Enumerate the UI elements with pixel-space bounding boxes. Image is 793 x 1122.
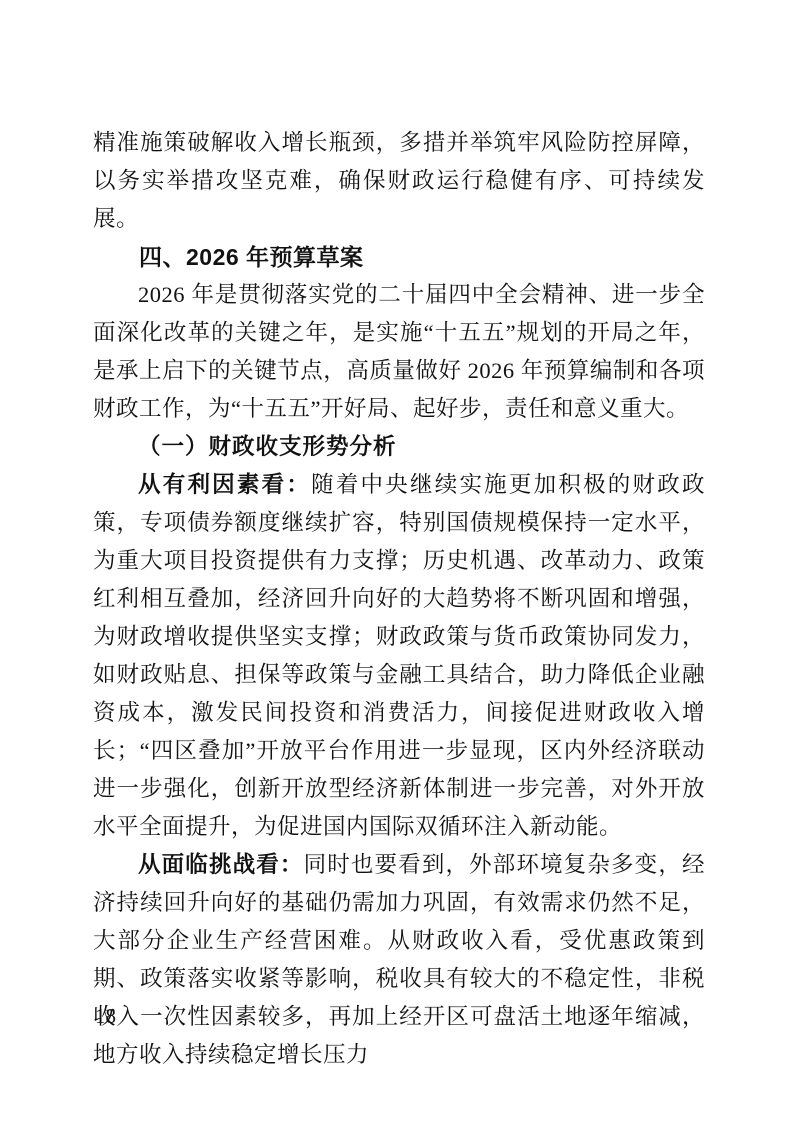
- section-heading: 四、2026 年预算草案: [93, 238, 705, 276]
- paragraph-favorable: 从有利因素看：随着中央继续实施更加积极的财政政策，专项债券额度继续扩容，特别国债…: [93, 466, 705, 846]
- document-body: 精准施策破解收入增长瓶颈，多措并举筑牢风险防控屏障，以务实举措攻坚克难，确保财政…: [93, 124, 705, 1074]
- paragraph-favorable-lead: 从有利因素看：: [138, 472, 311, 497]
- subsection-heading: （一）财政收支形势分析: [93, 428, 705, 466]
- paragraph-continuation: 精准施策破解收入增长瓶颈，多措并举筑牢风险防控屏障，以务实举措攻坚克难，确保财政…: [93, 124, 705, 238]
- paragraph-challenge-text: 同时也要看到，外部环境复杂多变，经济持续回升向好的基础仍需加力巩固，有效需求仍然…: [93, 852, 705, 1067]
- paragraph-challenge: 从面临挑战看：同时也要看到，外部环境复杂多变，经济持续回升向好的基础仍需加力巩固…: [93, 846, 705, 1074]
- page-number: 18: [95, 1004, 116, 1029]
- paragraph-challenge-lead: 从面临挑战看：: [138, 852, 304, 877]
- paragraph-favorable-text: 随着中央继续实施更加积极的财政政策，专项债券额度继续扩容，特别国债规模保持一定水…: [93, 472, 705, 839]
- paragraph-intro: 2026 年是贯彻落实党的二十届四中全会精神、进一步全面深化改革的关键之年，是实…: [93, 276, 705, 428]
- document-page: 精准施策破解收入增长瓶颈，多措并举筑牢风险防控屏障，以务实举措攻坚克难，确保财政…: [0, 0, 793, 1122]
